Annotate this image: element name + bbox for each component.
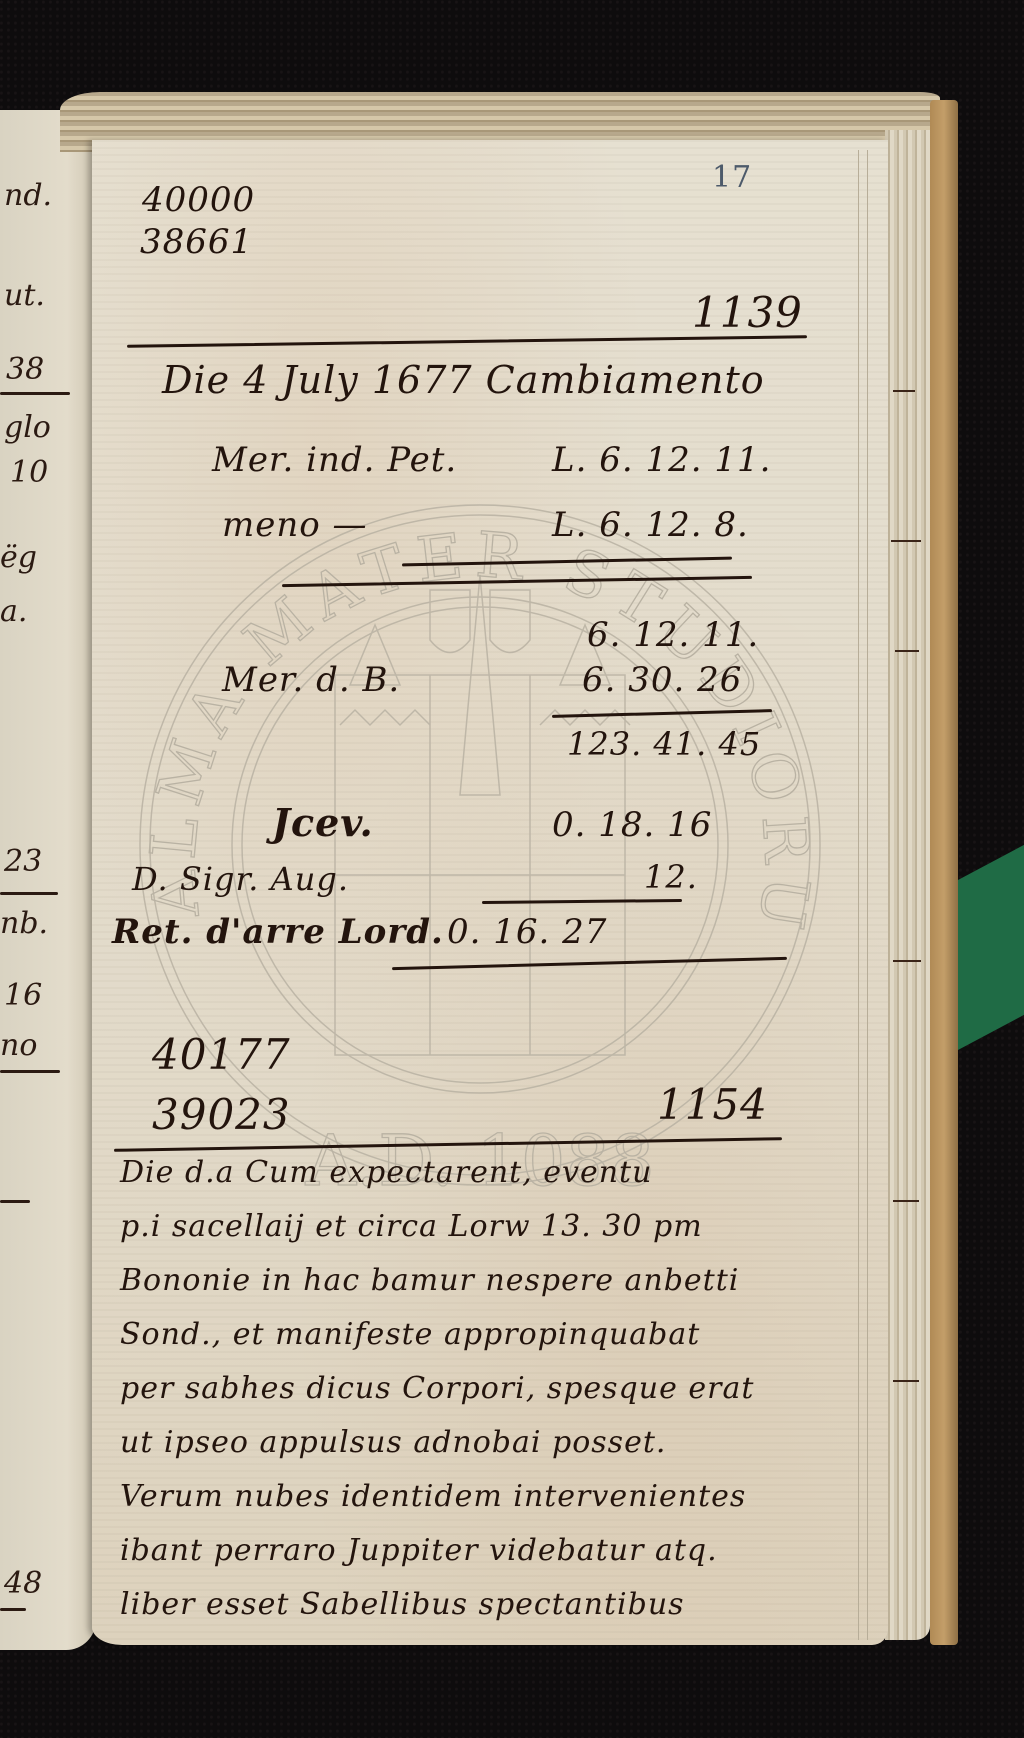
prose-line: ibant perraro Juppiter videbatur atq. [120, 1533, 820, 1587]
facing-rule [0, 892, 58, 895]
entry-heading: Die 4 July 1677 Cambiamento [162, 358, 765, 402]
account-value: 123. 41. 45 [567, 725, 761, 763]
facing-fragment: 16 [4, 978, 42, 1013]
top-total: 1139 [692, 288, 803, 337]
prose-line: Die d.a Cum expectarent, eventu [120, 1155, 820, 1209]
ink-rule [392, 957, 787, 970]
ink-rule [114, 1137, 782, 1152]
bottom-figure: 39023 [152, 1090, 291, 1139]
facing-fragment: 38 [6, 352, 44, 387]
facing-fragment: no [0, 1028, 37, 1063]
bottom-figure: 40177 [152, 1030, 291, 1079]
facing-fragment: glo [4, 410, 51, 445]
facing-fragment: ëg [0, 540, 37, 575]
ink-rule [127, 335, 807, 347]
account-label: Jcev. [272, 800, 374, 845]
facing-rule [0, 1070, 60, 1073]
prose-line: Sond., et manifeste appropinquabat [120, 1317, 820, 1371]
account-value: 0. 18. 16 [552, 805, 712, 845]
facing-fragment: nd. [4, 178, 52, 213]
facing-fragment: a. [0, 594, 27, 629]
facing-fragment: 10 [10, 455, 48, 490]
page-number: 17 [712, 160, 752, 195]
page-fore-edge [885, 130, 930, 1640]
prose-line: per sabhes dicus Corpori, spesque erat [120, 1371, 820, 1425]
account-value: 0. 16. 27 [447, 912, 607, 952]
top-figure: 38661 [140, 222, 253, 262]
ink-rule [482, 899, 682, 904]
facing-rule [0, 1608, 26, 1611]
facing-page: nd. ut. 38 glo 10 ëg a. 23 nb. 16 no 48 [0, 110, 96, 1650]
facing-fragment: 48 [4, 1566, 42, 1601]
ink-rule [552, 709, 772, 718]
account-value: 6. 12. 11. [587, 615, 759, 655]
account-value: L. 6. 12. 11. [552, 440, 771, 480]
facing-fragment: ut. [4, 278, 45, 313]
manuscript-page: ALMA MATER STUDIORUM A.D. 1088 17 40000 … [92, 140, 888, 1645]
page-inner-border [858, 150, 868, 1640]
facing-rule [0, 1200, 30, 1203]
facing-rule [0, 392, 70, 395]
facing-fragment: nb. [0, 906, 48, 941]
prose-line: Verum nubes identidem intervenientes [120, 1479, 820, 1533]
account-label: Mer. ind. Pet. [212, 440, 457, 480]
prose-line: Bononie in hac bamur nespere anbetti [120, 1263, 820, 1317]
account-value: L. 6. 12. 8. [552, 505, 749, 545]
account-label: Ret. d'arre Lord. [112, 912, 444, 952]
account-value: 12. [644, 858, 698, 896]
bottom-total: 1154 [657, 1080, 768, 1129]
account-value: 6. 30. 26 [582, 660, 742, 700]
prose-line: p.i sacellaij et circa Lorw 13. 30 pm [120, 1209, 820, 1263]
book-cover-edge [930, 100, 958, 1645]
prose-line: liber esset Sabellibus spectantibus [120, 1587, 820, 1641]
prose-line: ut ipseo appulsus adnobai posset. [120, 1425, 820, 1479]
prose-block: Die d.a Cum expectarent, eventu p.i sace… [120, 1155, 820, 1641]
top-figure: 40000 [142, 180, 255, 220]
account-label: Mer. d. B. [222, 660, 400, 700]
ink-rule [282, 576, 752, 587]
account-label: meno — [222, 505, 368, 545]
ink-rule [402, 557, 732, 567]
account-label: D. Sigr. Aug. [132, 860, 349, 898]
facing-fragment: 23 [4, 844, 42, 879]
